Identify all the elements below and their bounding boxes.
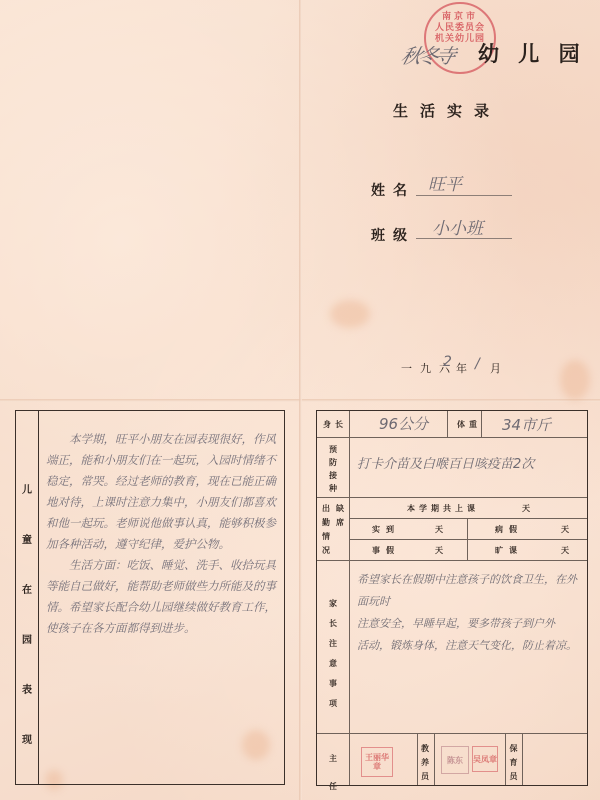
vaccination-label: 预 防 接 种 [317,443,349,495]
class-underline [416,238,512,239]
side-char: 园 [16,631,38,646]
side-char: 在 [16,581,38,596]
label-char: 防 [317,456,349,469]
director-seal: 王丽华章 [361,747,393,777]
height-value: 96公分 [379,413,428,434]
seal-line: 人民委员会 [426,23,494,34]
personal-leave-label: 事假 [372,545,400,556]
label-char: 保 [505,741,522,755]
side-char: 表 [16,681,38,696]
row-divider [317,733,587,734]
side-char: 现 [16,731,38,746]
performance-paragraph: 生活方面：吃饭、睡觉、洗手、收拾玩具等能自己做好，能帮助老师做些力所能及的事情。… [46,555,278,639]
absent-label: 旷课 [495,545,523,556]
seal-line: 南京市 [426,12,494,23]
side-char: 童 [16,531,38,546]
class-value: 小小班 [432,214,483,239]
label-char: 主 [317,744,349,772]
record-table: 身长 96公分 体重 34市斤 预 防 接 种 打卡介苗及白喉百日咳疫苗2次 出… [316,410,588,786]
label-char: 注 [317,633,349,653]
label-char: 育 [505,755,522,769]
row-divider [317,560,587,561]
stain [560,360,590,400]
day-unit: 天 [435,524,443,535]
attendance-label: 出 缺 勤 席 情 况 [319,501,347,557]
director-label: 主 任 [317,744,349,800]
label-char: 缺 [333,501,347,515]
label-char: 情 [319,529,333,543]
performance-sheet: 儿 童 在 园 表 现 本学期，旺平小朋友在园表现很好，作风端正，能和小朋友们在… [15,410,285,785]
label-char: 出 [319,501,333,515]
label-char: 种 [317,482,349,495]
date-month-value: / [475,356,480,372]
label-char: 接 [317,469,349,482]
label-char: 任 [317,772,349,800]
weight-value: 34市斤 [502,414,551,435]
row-divider [317,437,587,438]
col-divider [481,411,482,437]
col-divider [447,411,448,437]
teacher-seal: 陈东 [441,746,469,774]
col-divider [522,733,523,785]
label-char: 事 [317,673,349,693]
height-label: 身长 [323,419,347,430]
label-char: 家 [317,593,349,613]
sick-leave-label: 病假 [495,524,523,535]
label-char: 养 [417,755,433,769]
present-label: 实到 [372,524,400,535]
weight-label: 体重 [457,419,481,430]
teacher-seal: 吴凤章 [472,746,498,772]
label-char: 员 [417,769,433,783]
parent-notes-line: 希望家长在假期中注意孩子的饮食卫生，在外面玩时 [357,569,583,613]
handwritten-prefix: 秋冬寺 [398,40,457,69]
label-char: 长 [317,613,349,633]
label-char: 况 [319,543,333,557]
row-divider [349,539,587,540]
performance-side-label: 儿 童 在 园 表 现 [16,411,39,784]
label-char: 意 [317,653,349,673]
row-divider [349,518,587,519]
label-char: 教 [417,741,433,755]
label-char: 勤 [319,515,333,529]
day-unit: 天 [435,545,443,556]
date-month-label: 月 [490,360,501,376]
vaccination-value: 打卡介苗及白喉百日咳疫苗2次 [357,453,534,472]
row-divider [317,497,587,498]
day-unit: 天 [522,503,530,514]
parent-notes-text: 希望家长在假期中注意孩子的饮食卫生，在外面玩时 注意安全，早睡早起，要多带孩子到… [357,569,583,657]
class-label: 班级 [371,225,415,245]
parent-notes-label: 家 长 注 意 事 项 [317,593,349,713]
performance-paragraph: 本学期，旺平小朋友在园表现很好，作风端正，能和小朋友们在一起玩，入园时情绪不稳定… [46,429,278,555]
label-column-divider [349,411,350,785]
name-underline [416,195,512,196]
nurse-label: 保 育 员 [505,741,522,783]
day-unit: 天 [561,524,569,535]
day-unit: 天 [561,545,569,556]
parent-notes-line: 注意安全，早睡早起，要多带孩子到户外 [357,613,583,635]
col-divider [467,518,468,560]
document-title: 幼 儿 园 [478,38,586,68]
date-year-label: 年 [456,360,467,376]
teacher-label: 教 养 员 [417,741,433,783]
col-divider [434,733,435,785]
side-char: 儿 [16,481,38,496]
performance-text: 本学期，旺平小朋友在园表现很好，作风端正，能和小朋友们在一起玩，入园时情绪不稳定… [46,429,278,639]
stain [330,300,370,328]
label-char: 员 [505,769,522,783]
label-char: 项 [317,693,349,713]
parent-notes-line: 活动，锻炼身体，注意天气变化，防止着凉。 [357,635,583,657]
vertical-fold [299,0,302,800]
label-char: 预 [317,443,349,456]
document-subtitle: 生活实录 [393,100,501,121]
semester-total-label: 本学期共上课 [407,503,479,514]
name-label: 姓名 [371,180,415,200]
name-value: 旺平 [428,170,462,195]
date-year-digit: 2 [443,354,452,370]
label-char: 席 [333,515,347,529]
